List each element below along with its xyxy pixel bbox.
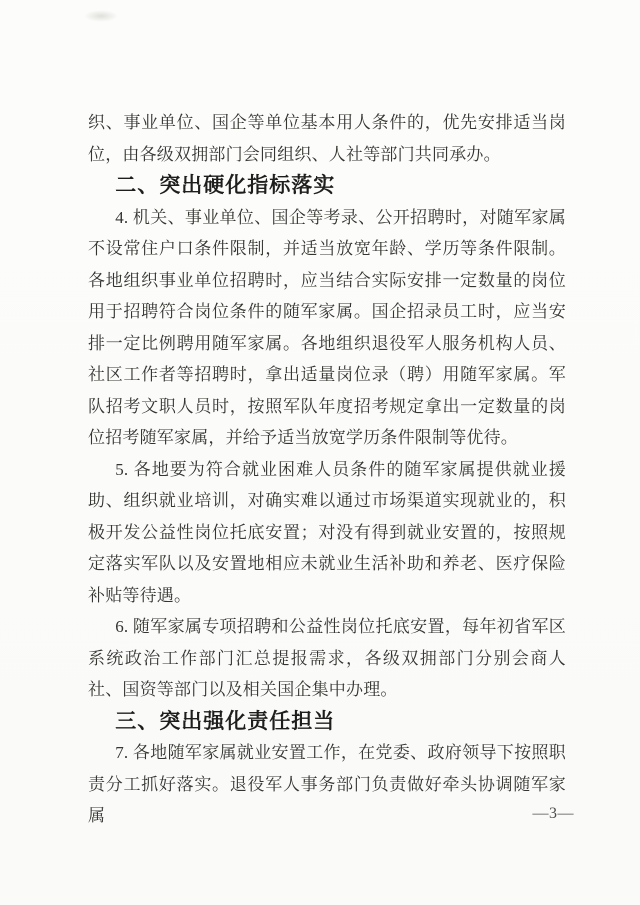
page-number: —3— [533,804,575,824]
section-heading: 二、突出硬化指标落实 [88,170,566,202]
paragraph: 织、事业单位、国企等单位基本用人条件的，优先安排适当岗位，由各级双拥部门会同组织… [88,107,566,170]
paragraph: 5. 各地要为符合就业困难人员条件的随军家属提供就业援助、组织就业培训，对确实难… [88,454,566,612]
section-heading: 三、突出强化责任担当 [88,706,566,738]
scan-smudge-artifact [84,10,118,22]
scanned-document-page: 织、事业单位、国企等单位基本用人条件的，优先安排适当岗位，由各级双拥部门会同组织… [0,0,640,905]
paragraph: 7. 各地随军家属就业安置工作，在党委、政府领导下按照职责分工抓好落实。退役军人… [88,737,566,832]
paragraph: 6. 随军家属专项招聘和公益性岗位托底安置，每年初省军区系统政治工作部门汇总提报… [88,611,566,706]
document-body: 织、事业单位、国企等单位基本用人条件的，优先安排适当岗位，由各级双拥部门会同组织… [88,107,566,832]
paragraph: 4. 机关、事业单位、国企等考录、公开招聘时，对随军家属不设常住户口条件限制，并… [88,202,566,454]
